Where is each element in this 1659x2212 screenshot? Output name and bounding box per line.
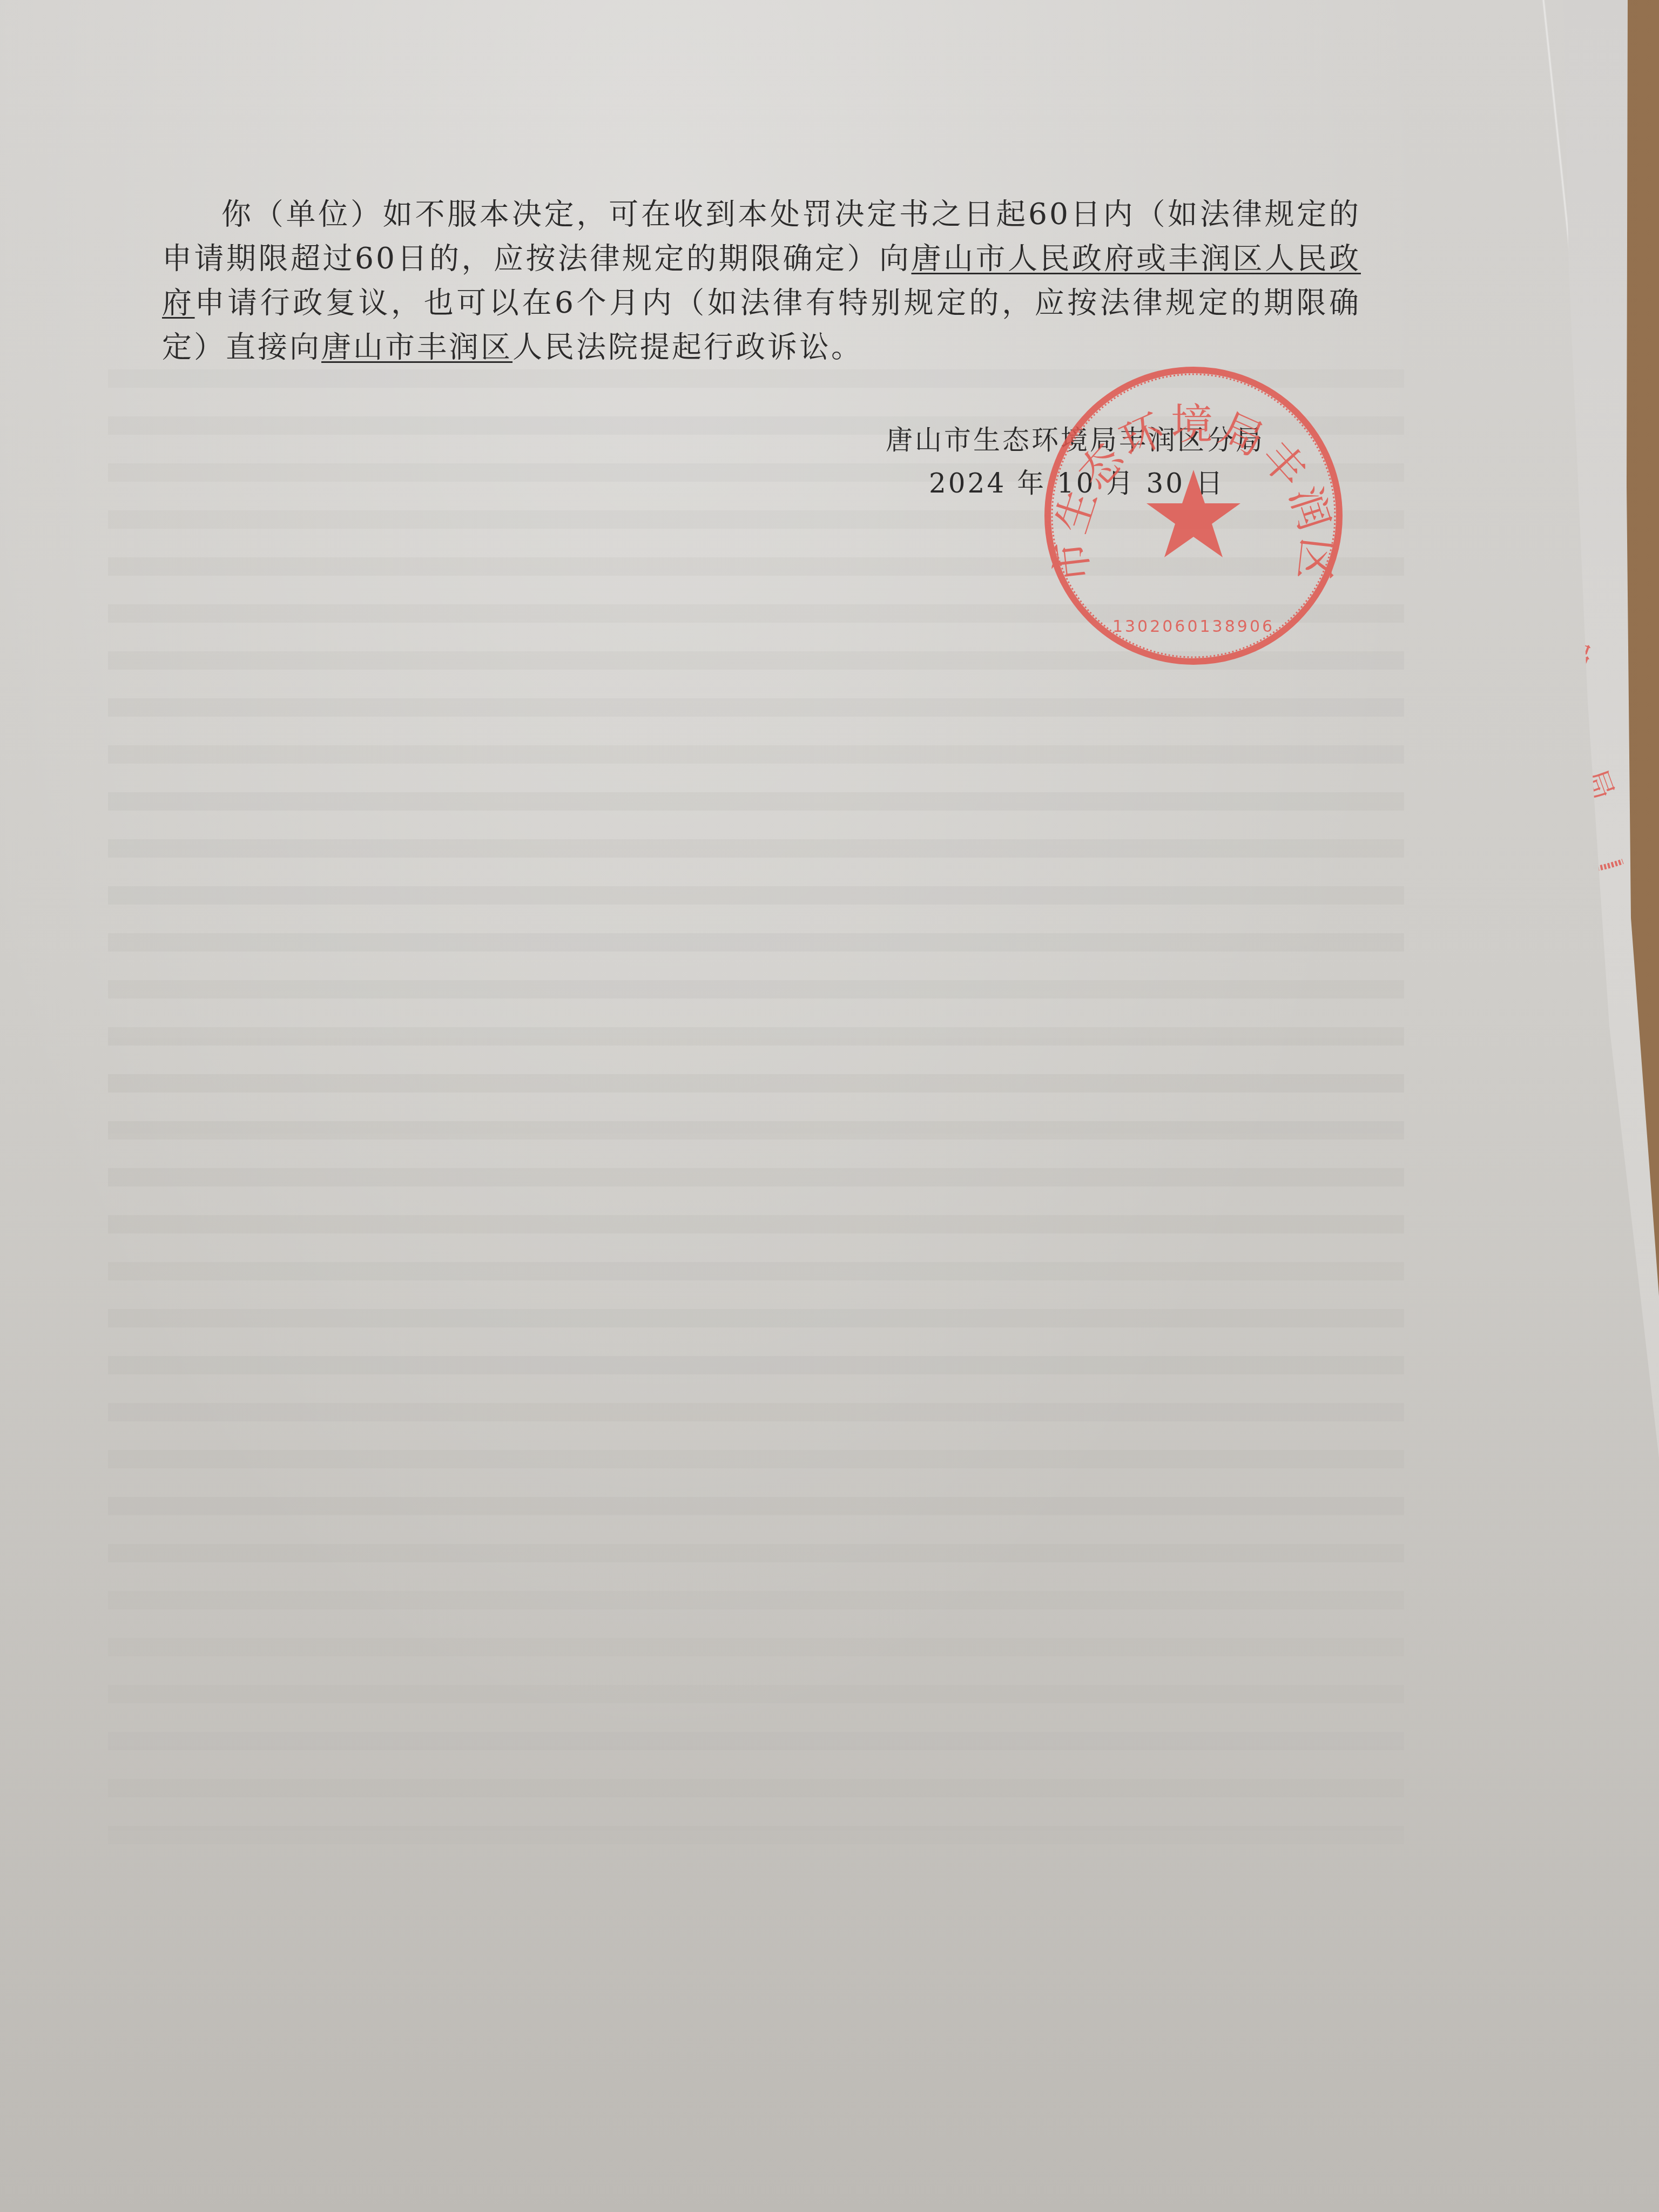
document-page: 你（单位）如不服本决定，可在收到本处罚决定书之日起60日内（如法律规定的申请期限…: [0, 0, 1659, 2212]
paragraph-text-3: 人民法院提起行政诉讼。: [512, 329, 863, 364]
appeal-rights-paragraph: 你（单位）如不服本决定，可在收到本处罚决定书之日起60日内（如法律规定的申请期限…: [162, 192, 1361, 369]
seal-code: 1302060138906: [1112, 617, 1274, 636]
svg-text:唐山市生态环境局丰润区分局: 唐山市生态环境局丰润区分局: [1040, 362, 1341, 586]
official-seal-stamp: 唐山市生态环境局丰润区分局 1302060138906: [1040, 362, 1347, 670]
official-seal-icon: 唐山市生态环境局丰润区分局 1302060138906: [1040, 362, 1347, 670]
seal-text: 唐山市生态环境局丰润区分局: [1040, 362, 1341, 586]
court-location: 唐山市丰润区: [321, 329, 512, 364]
